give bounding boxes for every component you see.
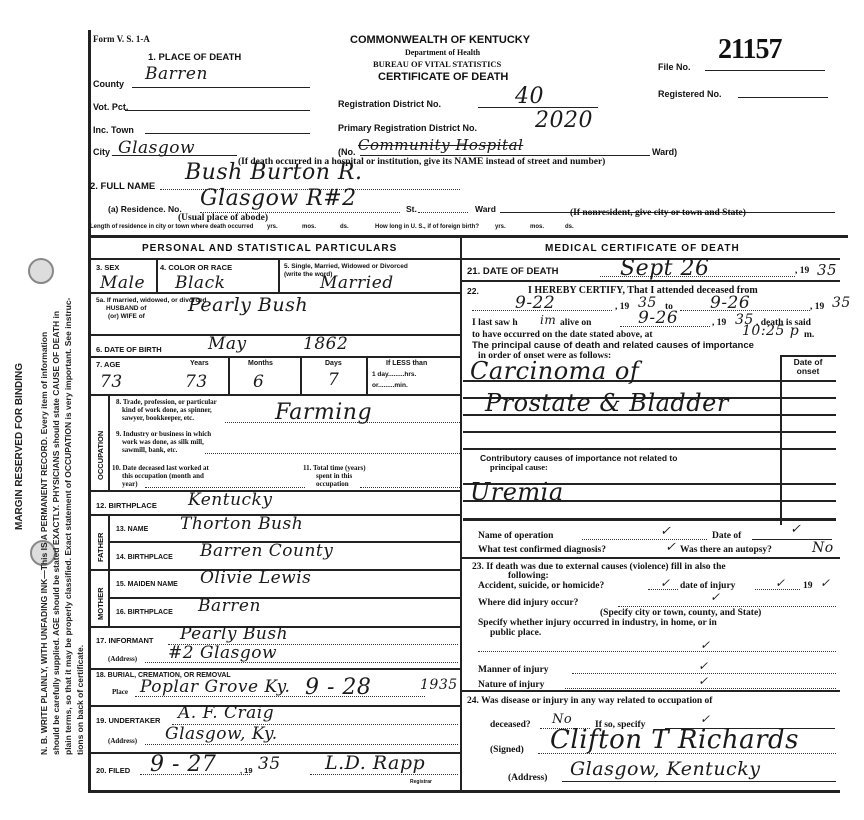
burial-place-value: Poplar Grove Ky. bbox=[140, 677, 290, 697]
trade-value: Farming bbox=[275, 400, 372, 425]
injury-year-prefix: 19 bbox=[803, 581, 813, 591]
less-than-day: 1 day.........hrs. bbox=[372, 371, 416, 378]
undertaker-address-label: (Address) bbox=[108, 737, 137, 745]
nature-line bbox=[565, 688, 836, 689]
onset-header: Date of onset bbox=[786, 358, 830, 376]
residence-value: Glasgow R#2 bbox=[200, 186, 357, 211]
if-so-value: ✓ bbox=[700, 712, 711, 726]
county-label: County bbox=[93, 79, 124, 89]
bureau: BUREAU OF VITAL STATISTICS bbox=[373, 59, 501, 69]
filed-line bbox=[140, 774, 250, 775]
state-title: COMMONWEALTH OF KENTUCKY bbox=[350, 34, 530, 46]
physician-signature: Clifton T Richards bbox=[550, 725, 799, 755]
registration-district-value: 40 bbox=[515, 84, 544, 109]
from-year-prefix: , 19 bbox=[615, 302, 629, 312]
city-line bbox=[112, 155, 237, 156]
margin-instructions-3: plain terms, so that it may be properly … bbox=[62, 298, 74, 755]
city-label: City bbox=[93, 147, 110, 157]
department: Department of Health bbox=[405, 48, 480, 57]
filed-label: 20. FILED bbox=[96, 766, 130, 775]
industry-label-1: 9. Industry or business in which bbox=[116, 430, 211, 438]
manner-value: ✓ bbox=[698, 659, 709, 673]
file-number: 21157 bbox=[718, 34, 781, 66]
rule bbox=[460, 280, 840, 282]
contributory-label-2: principal cause: bbox=[490, 462, 548, 472]
medical-section-title: MEDICAL CERTIFICATE OF DEATH bbox=[545, 243, 740, 254]
operation-line bbox=[582, 539, 707, 540]
date-of-value: ✓ bbox=[790, 522, 801, 537]
registration-district-label: Registration District No. bbox=[338, 99, 441, 109]
rule bbox=[300, 356, 302, 394]
days-label: Days bbox=[325, 360, 342, 367]
deceased-label: deceased? bbox=[490, 720, 531, 730]
dod-line bbox=[600, 276, 795, 277]
usual-place-note: (Usual place of abode) bbox=[178, 213, 268, 223]
residence-ward-label: Ward bbox=[475, 204, 496, 214]
margin-reserved-label: MARGIN RESERVED FOR BINDING bbox=[14, 363, 26, 530]
trade-label-1: 8. Trade, profession, or particular bbox=[116, 398, 217, 406]
burial-place-label: Place bbox=[112, 688, 128, 696]
mother-birthplace-label: 16. BIRTHPLACE bbox=[116, 609, 173, 616]
trade-label-2: kind of work done, as spinner, bbox=[122, 406, 212, 414]
where-label: Where did injury occur? bbox=[478, 598, 578, 608]
registrar-line bbox=[310, 774, 458, 775]
nonresident-note: (If nonresident, give city or town and S… bbox=[570, 208, 746, 218]
rule bbox=[90, 668, 460, 670]
rule bbox=[90, 334, 460, 336]
injury-place-value: ✓ bbox=[700, 638, 711, 652]
test-value: ✓ bbox=[665, 540, 676, 555]
trade-label-3: sawyer, bookkeeper, etc. bbox=[122, 414, 194, 422]
cause-rule bbox=[463, 448, 836, 450]
dod-value: Sept 26 bbox=[620, 256, 710, 281]
burial-year-value: 1935 bbox=[420, 677, 458, 693]
registered-no-line bbox=[738, 97, 828, 98]
full-name-label: 2. FULL NAME bbox=[90, 181, 155, 192]
foreign-yrs: yrs. bbox=[495, 224, 506, 230]
vot-pct-label: Vot. Pct. bbox=[93, 102, 128, 112]
binding-hole-top bbox=[28, 258, 54, 284]
accident-value: ✓ bbox=[660, 576, 671, 590]
full-name-value: Bush Burton R. bbox=[185, 160, 362, 185]
place-of-death-heading: 1. PLACE OF DEATH bbox=[148, 52, 241, 63]
father-side-label: FATHER bbox=[96, 533, 105, 562]
foreign-mos: mos. bbox=[530, 224, 544, 230]
attended-to-line bbox=[680, 310, 810, 311]
nature-label: Nature of injury bbox=[478, 680, 544, 690]
rule bbox=[278, 258, 280, 292]
sex-label: 3. SEX bbox=[96, 263, 119, 272]
cause-rule bbox=[463, 431, 836, 433]
foreign-ds: ds. bbox=[565, 224, 574, 230]
industry-line bbox=[205, 453, 460, 454]
rule bbox=[90, 258, 460, 260]
dob-month: May bbox=[208, 334, 247, 354]
dod-label: 21. DATE OF DEATH bbox=[467, 266, 559, 277]
autopsy-value: No bbox=[812, 540, 834, 556]
undertaker-address-line bbox=[145, 744, 458, 745]
last-worked-label-3: year) bbox=[122, 480, 138, 488]
informant-address-label: (Address) bbox=[108, 655, 137, 663]
signed-label: (Signed) bbox=[490, 745, 524, 755]
operation-value: ✓ bbox=[660, 524, 671, 539]
date-injury-label: date of injury bbox=[680, 581, 735, 591]
father-name-label: 13. NAME bbox=[116, 526, 148, 533]
certify-number: 22. bbox=[467, 286, 479, 296]
registrar-signature: L.D. Rapp bbox=[325, 752, 425, 774]
time-suffix: m. bbox=[804, 330, 814, 340]
county-value: Barren bbox=[145, 64, 208, 84]
medical-bottom-border bbox=[460, 790, 840, 793]
cause-2-value: Prostate & Bladder bbox=[485, 389, 729, 417]
form-number: Form V. S. 1-A bbox=[93, 34, 150, 44]
rule bbox=[108, 597, 460, 599]
marital-value: Married bbox=[320, 273, 394, 293]
mother-maiden-label: 15. MAIDEN NAME bbox=[116, 581, 178, 588]
rule bbox=[90, 394, 460, 396]
mother-maiden-value: Olivie Lewis bbox=[200, 568, 311, 588]
specify-whether-1: Specify whether injury occurred in indus… bbox=[478, 618, 717, 628]
length-yrs: yrs. bbox=[267, 224, 278, 230]
undertaker-value: A. F. Craig bbox=[178, 703, 274, 723]
institution-line bbox=[360, 155, 650, 156]
last-saw-line bbox=[620, 326, 710, 327]
rule bbox=[460, 557, 840, 559]
no-prefix: (No. bbox=[338, 147, 356, 157]
bottom-border bbox=[88, 790, 463, 793]
years-value: 73 bbox=[185, 372, 208, 392]
dob-label: 6. DATE OF BIRTH bbox=[96, 345, 162, 354]
left-border bbox=[88, 30, 91, 792]
last-worked-line bbox=[145, 487, 305, 488]
dod-year-prefix: , 19 bbox=[795, 266, 809, 276]
rule bbox=[90, 490, 460, 492]
spouse-label-3: (or) WIFE of bbox=[108, 313, 145, 320]
birthplace-label: 12. BIRTHPLACE bbox=[96, 501, 157, 510]
last-saw-pronoun: im bbox=[540, 313, 556, 327]
months-value: 6 bbox=[253, 372, 264, 392]
contributory-value: Uremia bbox=[470, 478, 564, 506]
total-time-label-2: spent in this bbox=[316, 472, 352, 480]
age-value: 73 bbox=[100, 372, 123, 392]
rule bbox=[90, 356, 460, 358]
occurred-text: to have occurred on the date stated abov… bbox=[472, 330, 653, 340]
certificate-title: CERTIFICATE OF DEATH bbox=[378, 71, 508, 83]
last-worked-label-2: this occupation (month and bbox=[122, 472, 204, 480]
last-saw-year-prefix: , 19 bbox=[712, 318, 726, 328]
registrar-label: Registrar bbox=[410, 779, 432, 785]
cause-rule bbox=[463, 518, 836, 521]
test-label: What test confirmed diagnosis? bbox=[478, 545, 606, 555]
file-no-line bbox=[705, 70, 825, 71]
months-label: Months bbox=[248, 360, 273, 367]
informant-label: 17. INFORMANT bbox=[96, 636, 154, 645]
autopsy-label: Was there an autopsy? bbox=[680, 545, 772, 555]
primary-registration-label: Primary Registration District No. bbox=[338, 123, 477, 133]
margin-instructions-4: tions on back of certificate. bbox=[74, 645, 86, 755]
undertaker-label: 19. UNDERTAKER bbox=[96, 716, 160, 725]
registered-no-label: Registered No. bbox=[658, 89, 722, 99]
county-line bbox=[132, 87, 310, 88]
birthplace-value: Kentucky bbox=[188, 490, 272, 510]
days-value: 7 bbox=[328, 370, 339, 390]
race-value: Black bbox=[175, 273, 225, 293]
file-no-label: File No. bbox=[658, 62, 691, 72]
rule bbox=[90, 705, 460, 707]
length-mos: mos. bbox=[302, 224, 316, 230]
industry-label-2: work was done, as silk mill, bbox=[122, 438, 204, 446]
residence-label: (a) Residence. No. bbox=[108, 204, 182, 214]
filed-year-value: 35 bbox=[258, 754, 281, 774]
cause-1-value: Carcinoma of bbox=[470, 357, 639, 385]
section-divider bbox=[88, 235, 848, 238]
specify-city-note: (Specify city or town, county, and State… bbox=[600, 608, 761, 618]
total-time-label-1: 11. Total time (years) bbox=[303, 464, 366, 472]
specify-whether-2: public place. bbox=[490, 628, 541, 638]
total-time-label-3: occupation bbox=[316, 480, 349, 488]
accident-label: Accident, suicide, or homicide? bbox=[478, 581, 604, 591]
industry-label-3: sawmill, bank, etc. bbox=[122, 446, 177, 454]
sex-value: Male bbox=[100, 273, 145, 293]
informant-address-value: #2 Glasgow bbox=[168, 643, 277, 663]
margin-instructions-1: N. B. WRITE PLAINLY, WITH UNFADING INK—T… bbox=[38, 332, 50, 755]
time-of-death-value: 10:25 p bbox=[742, 323, 799, 339]
mother-side-label: MOTHER bbox=[96, 588, 105, 621]
physician-address-label: (Address) bbox=[508, 773, 547, 783]
mother-birthplace-value: Barren bbox=[198, 596, 261, 616]
where-line bbox=[618, 606, 836, 607]
burial-line bbox=[135, 696, 425, 697]
occupation-side-label: OCCUPATION bbox=[96, 431, 105, 480]
rule bbox=[460, 690, 840, 692]
institution-value: Community Hospital bbox=[358, 136, 523, 154]
inc-town-label: Inc. Town bbox=[93, 125, 134, 135]
informant-value: Pearly Bush bbox=[180, 624, 288, 644]
rule bbox=[156, 258, 158, 292]
to-year-prefix: , 19 bbox=[810, 302, 824, 312]
foreign-birth-label: How long in U. S., if of foreign birth? bbox=[375, 224, 479, 230]
father-name-value: Thorton Bush bbox=[180, 514, 303, 534]
age-label: 7. AGE bbox=[96, 360, 120, 369]
rule bbox=[366, 356, 368, 394]
alive-on-label: alive on bbox=[560, 318, 591, 328]
vot-pct-line bbox=[125, 110, 310, 111]
external-label-2: following: bbox=[508, 571, 549, 581]
informant-address-line bbox=[145, 662, 458, 663]
principal-cause-text-1: The principal cause of death and related… bbox=[472, 340, 754, 351]
length-residence-label: Length of residence in city or town wher… bbox=[90, 224, 253, 230]
residence-st-line bbox=[418, 212, 468, 213]
last-saw-label: I last saw h bbox=[472, 318, 518, 328]
father-birthplace-value: Barren County bbox=[200, 541, 333, 561]
injury-year-value: ✓ bbox=[820, 576, 831, 590]
operation-label: Name of operation bbox=[478, 531, 553, 541]
attended-from-line bbox=[472, 310, 612, 311]
residence-st-label: St. bbox=[406, 204, 417, 214]
less-than-min: or.........min. bbox=[372, 382, 408, 389]
physician-address-line bbox=[562, 781, 836, 782]
rule bbox=[228, 356, 230, 394]
less-than-label: If LESS than bbox=[386, 360, 427, 367]
manner-label: Manner of injury bbox=[478, 665, 549, 675]
center-divider bbox=[460, 235, 462, 792]
last-worked-label-1: 10. Date deceased last worked at bbox=[112, 464, 209, 472]
physician-address-value: Glasgow, Kentucky bbox=[570, 758, 760, 780]
race-label: 4. COLOR OR RACE bbox=[160, 263, 232, 272]
nature-value: ✓ bbox=[698, 674, 709, 688]
primary-registration-value: 2020 bbox=[535, 108, 593, 133]
where-value: ✓ bbox=[710, 590, 721, 604]
spouse-value: Pearly Bush bbox=[188, 294, 308, 316]
margin-instructions-2: should be carefully supplied. AGE should… bbox=[50, 311, 62, 755]
total-time-line bbox=[360, 487, 460, 488]
dob-year: 1862 bbox=[303, 334, 348, 354]
to-year-value: 35 bbox=[832, 295, 851, 311]
inc-town-line bbox=[145, 133, 310, 134]
date-injury-value: ✓ bbox=[775, 576, 786, 590]
father-birthplace-label: 14. BIRTHPLACE bbox=[116, 554, 173, 561]
signed-line bbox=[538, 753, 836, 754]
occupation-related-label: 24. Was disease or injury in any way rel… bbox=[467, 696, 712, 706]
spouse-label-2: HUSBAND of bbox=[106, 305, 146, 312]
personal-section-title: PERSONAL AND STATISTICAL PARTICULARS bbox=[142, 243, 397, 254]
length-ds: ds. bbox=[340, 224, 349, 230]
undertaker-address-value: Glasgow, Ky. bbox=[165, 724, 278, 744]
injury-place-line bbox=[478, 651, 836, 652]
last-saw-date-value: 9-26 bbox=[638, 308, 678, 328]
rule bbox=[108, 394, 110, 490]
years-label: Years bbox=[190, 360, 209, 367]
ward-label: Ward) bbox=[652, 147, 677, 157]
dod-year-value: 35 bbox=[817, 261, 837, 279]
date-of-label: Date of bbox=[712, 531, 741, 541]
